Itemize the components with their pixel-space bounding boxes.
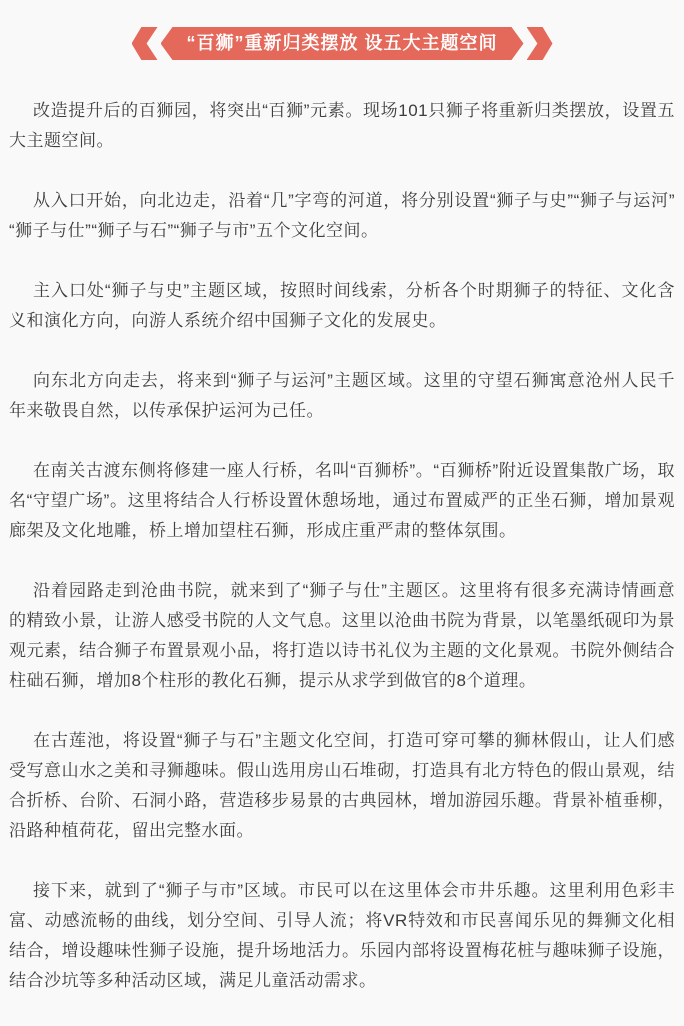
article-paragraph: 在古莲池，将设置“狮子与石”主题文化空间，打造可穿可攀的狮林假山，让人们感受写意… (9, 726, 675, 846)
article-paragraph: 向东北方向走去，将来到“狮子与运河”主题区域。这里的守望石狮寓意沧州人民千年来敬… (9, 366, 675, 426)
article-paragraph: 从入口开始，向北边走，沿着“几”字弯的河道，将分别设置“狮子与史”“狮子与运河”… (9, 186, 675, 246)
article-paragraph: 在南关古渡东侧将修建一座人行桥，名叫“百狮桥”。“百狮桥”附近设置集散广场，取名… (9, 456, 675, 546)
article-page: “百狮”重新归类摆放 设五大主题空间 改造提升后的百狮园，将突出“百狮”元素。现… (0, 0, 684, 1026)
article-paragraph: 接下来，就到了“狮子与市”区域。市民可以在这里体会市井乐趣。这里利用色彩丰富、动… (9, 876, 675, 996)
ribbon-left-chevron-icon (132, 27, 158, 60)
article-paragraph: 沿着园路走到沧曲书院，就来到了“狮子与仕”主题区。这里将有很多充满诗情画意的精致… (9, 576, 675, 696)
article-paragraph: 主入口处“狮子与史”主题区域，按照时间线索，分析各个时期狮子的特征、文化含义和演… (9, 276, 675, 336)
ribbon-right-chevron-icon (527, 27, 553, 60)
section-title-ribbon: “百狮”重新归类摆放 设五大主题空间 (0, 27, 684, 60)
article-paragraph: 改造提升后的百狮园，将突出“百狮”元素。现场101只狮子将重新归类摆放，设置五大… (9, 96, 675, 156)
section-title: “百狮”重新归类摆放 设五大主题空间 (161, 27, 524, 60)
article-body: 改造提升后的百狮园，将突出“百狮”元素。现场101只狮子将重新归类摆放，设置五大… (0, 60, 684, 996)
